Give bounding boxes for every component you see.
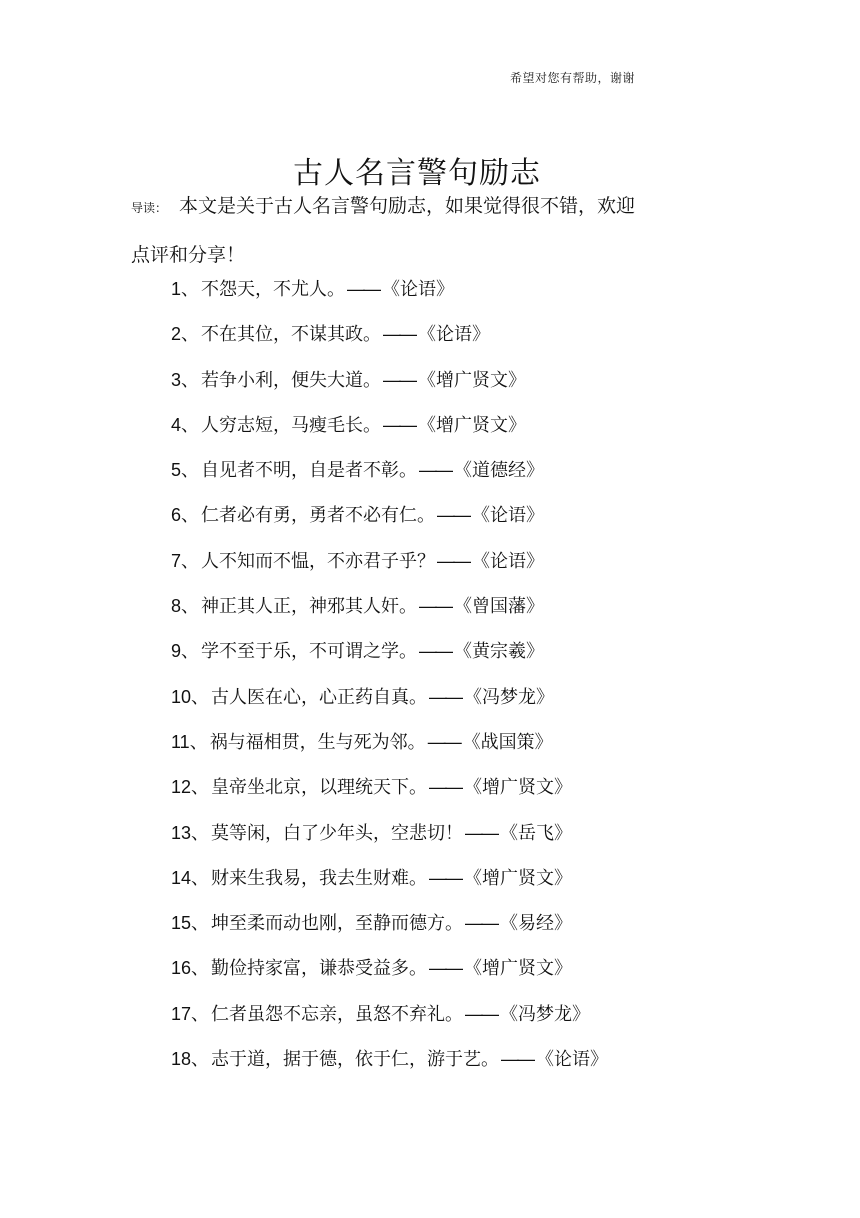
quote-item: 11、祸与福相贯，生与死为邻。——《战国策》 [171,726,608,771]
intro-text-line1: 本文是关于古人名言警句励志，如果觉得很不错，欢迎 [179,195,635,217]
quote-number: 2 [171,324,181,344]
quote-dash: —— [347,279,379,299]
quote-item: 18、志于道，据于德，依于仁，游于艺。——《论语》 [171,1043,608,1088]
quote-dash: —— [383,324,415,344]
quote-separator: 、 [181,596,199,617]
quote-text: 古人医在心，心正药自真。 [211,687,427,708]
quote-separator: 、 [191,868,209,889]
quote-number: 14 [171,868,191,888]
quote-item: 13、莫等闲，白了少年头，空悲切！——《岳飞》 [171,817,608,862]
quote-dash: —— [429,958,461,978]
quote-number: 12 [171,777,191,797]
quote-item: 1、不怨天，不尤人。——《论语》 [171,273,608,318]
intro-label: 导读： [131,201,167,215]
quote-dash: —— [419,460,451,480]
quote-text: 莫等闲，白了少年头，空悲切！ [211,823,463,844]
quote-dash: —— [437,551,469,571]
quote-separator: 、 [181,641,199,662]
quote-number: 11 [171,732,190,752]
quote-source: 《增广贤文》 [418,415,526,436]
quote-item: 16、勤俭持家富，谦恭受益多。——《增广贤文》 [171,952,608,997]
quote-text: 志于道，据于德，依于仁，游于艺。 [211,1049,499,1070]
quote-source: 《冯梦龙》 [464,687,554,708]
quote-source: 《论语》 [536,1049,608,1070]
quote-text: 自见者不明，自是者不彰。 [201,460,417,481]
quote-item: 10、古人医在心，心正药自真。——《冯梦龙》 [171,681,608,726]
quote-number: 3 [171,370,181,390]
quote-dash: —— [429,687,461,707]
quote-number: 16 [171,958,191,978]
quote-number: 10 [171,687,191,707]
quote-separator: 、 [191,687,209,708]
quote-item: 2、不在其位，不谋其政。——《论语》 [171,318,608,363]
quote-separator: 、 [191,913,209,934]
quote-text: 仁者虽怨不忘亲，虽怒不弃礼。 [211,1004,463,1025]
quote-dash: —— [383,370,415,390]
quote-number: 8 [171,596,181,616]
quote-source: 《论语》 [382,279,454,300]
quote-item: 15、坤至柔而动也刚，至静而德方。——《易经》 [171,907,608,952]
quote-dash: —— [383,415,415,435]
header-note: 希望对您有帮助，谢谢 [510,69,635,86]
quote-dash: —— [501,1049,533,1069]
quote-separator: 、 [181,370,199,391]
quote-text: 勤俭持家富，谦恭受益多。 [211,958,427,979]
quote-source: 《战国策》 [463,732,553,753]
quote-separator: 、 [191,1004,209,1025]
quote-source: 《冯梦龙》 [500,1004,590,1025]
quote-text: 神正其人正，神邪其人奸。 [201,596,417,617]
quote-item: 12、皇帝坐北京，以理统天下。——《增广贤文》 [171,771,608,816]
quote-separator: 、 [181,505,199,526]
quote-dash: —— [465,913,497,933]
quote-separator: 、 [191,1049,209,1070]
quote-item: 17、仁者虽怨不忘亲，虽怒不弃礼。——《冯梦龙》 [171,998,608,1043]
quote-source: 《增广贤文》 [464,958,572,979]
quote-dash: —— [465,823,497,843]
quote-number: 4 [171,415,181,435]
quote-item: 14、财来生我易，我去生财难。——《增广贤文》 [171,862,608,907]
quote-source: 《岳飞》 [500,823,572,844]
quote-source: 《黄宗羲》 [454,641,544,662]
quote-text: 财来生我易，我去生财难。 [211,868,427,889]
quote-number: 18 [171,1049,191,1069]
quote-text: 不怨天，不尤人。 [201,279,345,300]
quote-text: 人不知而不愠，不亦君子乎？ [201,551,435,572]
quote-separator: 、 [181,279,199,300]
quote-item: 8、神正其人正，神邪其人奸。——《曾国藩》 [171,590,608,635]
quote-item: 5、自见者不明，自是者不彰。——《道德经》 [171,454,608,499]
quote-separator: 、 [181,415,199,436]
quote-item: 4、人穷志短，马瘦毛长。——《增广贤文》 [171,409,608,454]
quote-number: 15 [171,913,191,933]
quote-dash: —— [419,641,451,661]
quote-text: 不在其位，不谋其政。 [201,324,381,345]
quote-separator: 、 [191,777,209,798]
quote-separator: 、 [181,324,199,345]
quote-number: 6 [171,505,181,525]
quote-separator: 、 [191,958,209,979]
quote-dash: —— [437,505,469,525]
quote-text: 仁者必有勇，勇者不必有仁。 [201,505,435,526]
quote-separator: 、 [181,551,199,572]
quote-item: 6、仁者必有勇，勇者不必有仁。——《论语》 [171,499,608,544]
quote-dash: —— [429,777,461,797]
quote-source: 《增广贤文》 [464,777,572,798]
quote-source: 《论语》 [472,551,544,572]
quote-item: 3、若争小利，便失大道。——《增广贤文》 [171,364,608,409]
quote-text: 若争小利，便失大道。 [201,370,381,391]
quote-source: 《曾国藩》 [454,596,544,617]
quote-number: 7 [171,551,181,571]
quote-source: 《增广贤文》 [464,868,572,889]
quote-separator: 、 [190,732,208,753]
quote-source: 《论语》 [472,505,544,526]
quote-number: 1 [171,279,181,299]
quote-number: 17 [171,1004,191,1024]
quote-dash: —— [429,868,461,888]
quote-source: 《易经》 [500,913,572,934]
quote-dash: —— [419,596,451,616]
intro-text-line2: 点评和分享！ [131,232,691,279]
quote-number: 5 [171,460,181,480]
quote-text: 祸与福相贯，生与死为邻。 [210,732,426,753]
quote-dash: —— [465,1004,497,1024]
quote-separator: 、 [181,460,199,481]
quote-text: 坤至柔而动也刚，至静而德方。 [211,913,463,934]
quote-list: 1、不怨天，不尤人。——《论语》 2、不在其位，不谋其政。——《论语》 3、若争… [171,273,608,1088]
quote-dash: —— [428,732,460,752]
quote-source: 《道德经》 [454,460,544,481]
intro-paragraph: 导读：本文是关于古人名言警句励志，如果觉得很不错，欢迎 点评和分享！ [131,183,691,279]
quote-number: 9 [171,641,181,661]
quote-item: 7、人不知而不愠，不亦君子乎？——《论语》 [171,545,608,590]
quote-number: 13 [171,823,191,843]
quote-source: 《增广贤文》 [418,370,526,391]
quote-separator: 、 [191,823,209,844]
quote-text: 学不至于乐，不可谓之学。 [201,641,417,662]
quote-text: 人穷志短，马瘦毛长。 [201,415,381,436]
quote-item: 9、学不至于乐，不可谓之学。——《黄宗羲》 [171,635,608,680]
quote-text: 皇帝坐北京，以理统天下。 [211,777,427,798]
quote-source: 《论语》 [418,324,490,345]
